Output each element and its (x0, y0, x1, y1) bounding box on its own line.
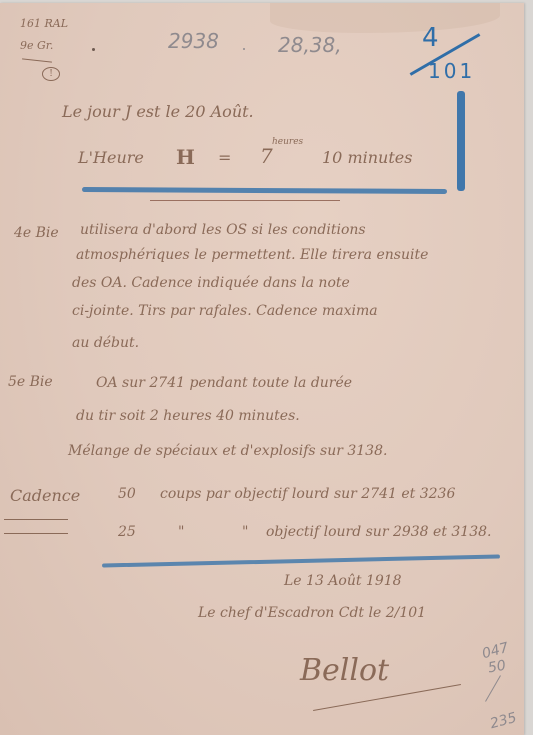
section-4-line-1: utilisera d'abord les OS si les conditio… (80, 222, 366, 238)
cadence-row-1-text: coups par objectif lourd sur 2741 et 323… (160, 486, 455, 502)
boxed-line-2-eq: = (218, 148, 231, 167)
cadence-row-2-ditto-1: " (178, 524, 184, 540)
cadence-underline-2 (4, 533, 68, 534)
closing-title: Le chef d'Escadron Cdt le 2/101 (198, 605, 426, 621)
section-4-line-5: au début. (72, 335, 139, 351)
corner-ref-line1: 161 RAL (20, 17, 68, 30)
cadence-underline-1 (4, 519, 68, 520)
section-5-line-2: du tir soit 2 heures 40 minutes. (76, 408, 300, 424)
boxed-line-2-prefix: L'Heure (78, 148, 144, 167)
section-5-label: 5e Bie (8, 374, 53, 390)
boxed-line-2-value: 7 (260, 144, 273, 168)
boxed-line-1: Le jour J est le 20 Août. (62, 102, 254, 121)
dot-mark (92, 48, 95, 51)
blue-denominator: 101 (428, 59, 475, 83)
pencil-dot (243, 48, 245, 50)
closing-date: Le 13 Août 1918 (284, 573, 402, 589)
section-4-label: 4e Bie (14, 225, 59, 241)
blue-underline-cadence (102, 554, 500, 567)
cadence-label: Cadence (10, 486, 80, 505)
boxed-line-2-symbol: H (176, 145, 195, 169)
signature-flourish (313, 684, 461, 711)
pencil-footer-mid: 50 (487, 658, 507, 677)
cadence-row-2-ditto-2: " (242, 524, 248, 540)
corner-ref-line2: 9e Gr. (20, 39, 53, 52)
cadence-row-2-qty: 25 (118, 524, 136, 540)
pencil-footer-bottom: 235 (488, 710, 518, 732)
boxed-line-2-suffix: 10 minutes (322, 148, 412, 167)
section-5-line-3: Mélange de spéciaux et d'explosifs sur 3… (68, 443, 387, 459)
corner-underline (22, 58, 52, 62)
water-stain (270, 3, 500, 33)
blue-numerator: 4 (422, 23, 439, 53)
boxed-line-2-sup: heures (272, 137, 303, 147)
document-page: 161 RAL 9e Gr. ! 2938 28,38, 4 101 Le jo… (0, 3, 524, 735)
pencil-ref-1: 2938 (168, 29, 219, 53)
pencil-slash (485, 675, 501, 701)
pencil-ref-2: 28,38, (278, 33, 342, 57)
section-4-line-4: ci-jointe. Tirs par rafales. Cadence max… (72, 303, 378, 319)
signature: Bellot (300, 653, 389, 688)
blue-underline-box (82, 187, 447, 194)
ink-underline (150, 200, 340, 201)
blue-vertical-bar (457, 91, 465, 191)
cadence-row-2-text: objectif lourd sur 2938 et 3138. (266, 524, 491, 540)
cadence-row-1-qty: 50 (118, 486, 136, 502)
section-4-line-2: atmosphériques le permettent. Elle tirer… (76, 247, 428, 263)
section-5-line-1: OA sur 2741 pendant toute la durée (96, 375, 352, 391)
section-4-line-3: des OA. Cadence indiquée dans la note (72, 275, 350, 291)
circled-mark: ! (42, 67, 60, 81)
